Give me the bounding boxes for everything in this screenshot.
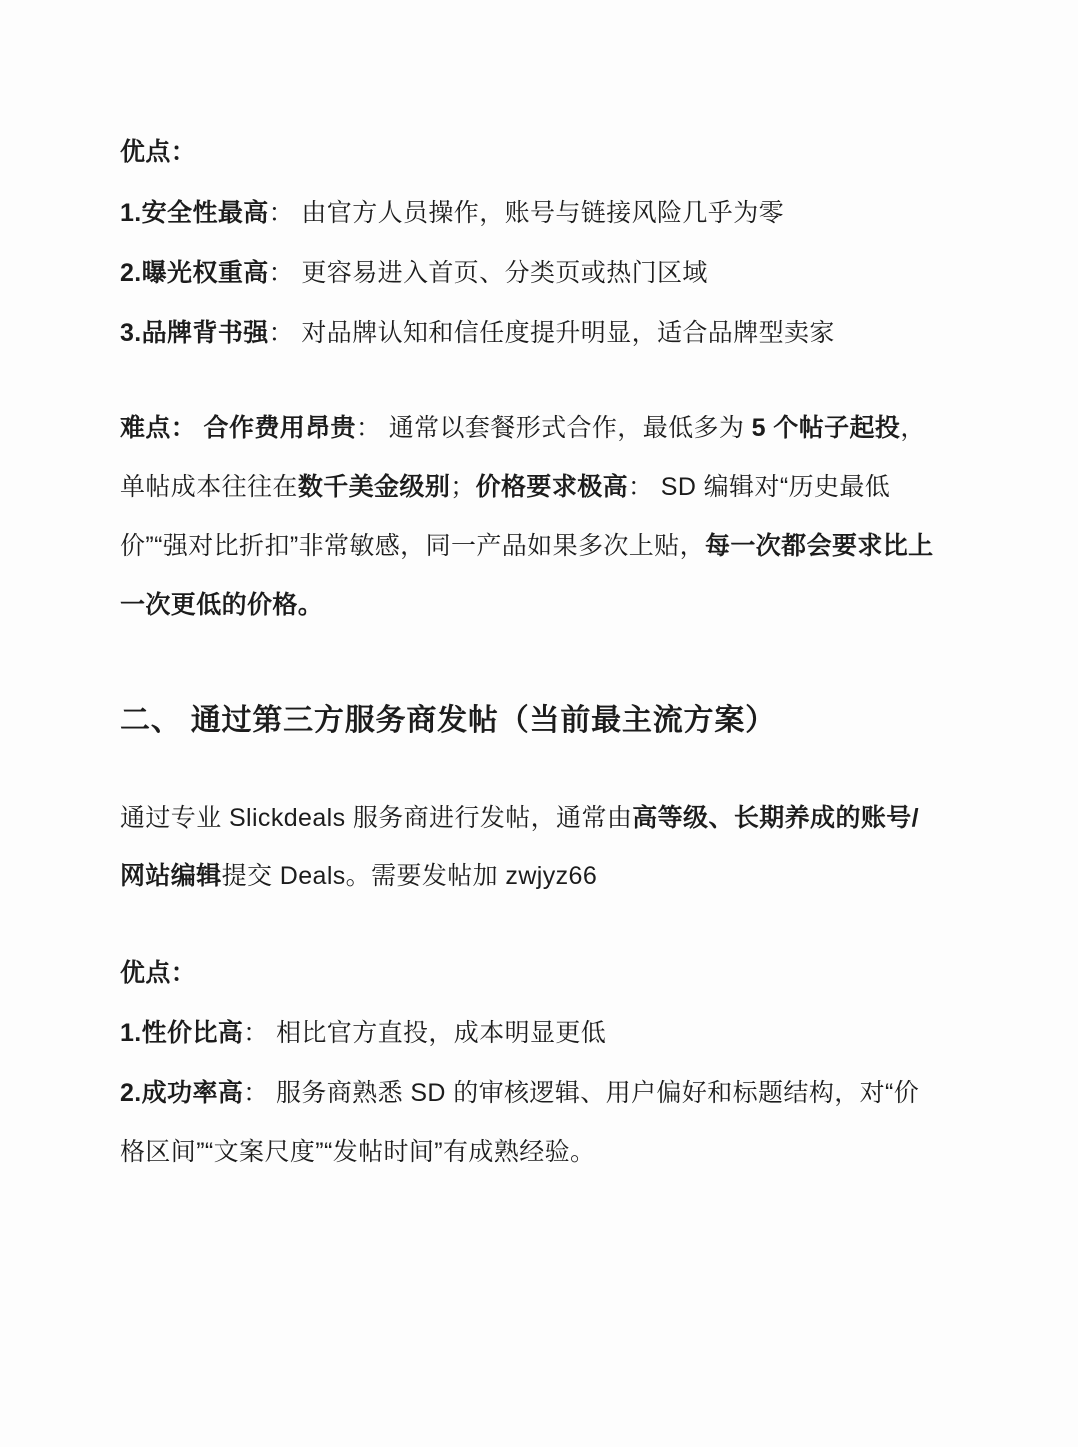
advantage-item-cost: 1.性价比高： 相比官方直投，成本明显更低 [120,1018,606,1048]
text-run: 2.成功率高 [120,1079,243,1107]
difficulty-paragraph-line-3: 价”“强对比折扣”非常敏感，同一产品如果多次上贴，每一次都会要求比上 [120,531,934,561]
text-run: 高等级、长期养成的账号/ [632,804,919,832]
advantages-title-third-party: 优点： [120,958,196,988]
text-run: 价格要求极高 [476,473,628,501]
difficulty-paragraph-line-2: 单帖成本往往在数千美金级别；价格要求极高： SD 编辑对“历史最低 [120,472,890,502]
text-run: ： 通常以套餐形式合作，最低多为 [356,414,752,442]
advantage-item-success-line-2: 格区间”“文案尺度”“发帖时间”有成熟经验。 [120,1137,595,1167]
text-run: 价”“强对比折扣”非常敏感，同一产品如果多次上贴， [120,532,705,560]
text-run: ： SD 编辑对“历史最低 [628,473,890,501]
difficulty-paragraph-line-4: 一次更低的价格。 [120,590,323,620]
section-2-heading: 二、 通过第三方服务商发帖（当前最主流方案） [120,702,776,740]
text-run: 2.曝光权重高 [120,259,269,287]
document-page: 优点： 1.安全性最高： 由官方人员操作，账号与链接风险几乎为零 2.曝光权重高… [0,0,1078,1447]
text-run: 一次更低的价格。 [120,591,323,619]
text-run: 每一次都会要求比上 [705,532,934,560]
text-run: ： 服务商熟悉 SD 的审核逻辑、用户偏好和标题结构，对“价 [243,1079,919,1107]
text-run: 优点： [120,959,196,987]
text-run: ， [900,414,925,442]
text-run: ： 更容易进入首页、分类页或热门区域 [269,259,708,287]
text-run: 单帖成本往往在 [120,473,298,501]
section-2-intro-line-2: 网站编辑提交 Deals。需要发帖加 zwjyz66 [120,861,597,891]
difficulty-paragraph-line-1: 难点： 合作费用昂贵： 通常以套餐形式合作，最低多为 5 个帖子起投， [120,413,926,443]
advantage-item-exposure: 2.曝光权重高： 更容易进入首页、分类页或热门区域 [120,258,708,288]
advantage-item-brand: 3.品牌背书强： 对品牌认知和信任度提升明显，适合品牌型卖家 [120,318,835,348]
text-run: 网站编辑 [120,862,222,890]
advantage-item-safety: 1.安全性最高： 由官方人员操作，账号与链接风险几乎为零 [120,198,784,228]
text-run: 数千美金级别 [298,473,450,501]
text-run: ： 相比官方直投，成本明显更低 [243,1019,606,1047]
section-2-intro-line-1: 通过专业 Slickdeals 服务商进行发帖，通常由高等级、长期养成的账号/ [120,803,919,833]
text-run: 提交 Deals。需要发帖加 zwjyz66 [222,862,598,890]
text-run: ： 对品牌认知和信任度提升明显，适合品牌型卖家 [269,319,835,347]
text-run: 3.品牌背书强 [120,319,269,347]
text-run: ； [450,473,475,501]
text-run: 5 个帖子起投 [752,414,901,442]
text-run: 1.性价比高 [120,1019,243,1047]
text-run: 格区间”“文案尺度”“发帖时间”有成熟经验。 [120,1138,595,1166]
advantages-title-official: 优点： [120,137,196,167]
text-run: 优点： [120,138,196,166]
text-run: 通过专业 Slickdeals 服务商进行发帖，通常由 [120,804,632,832]
text-run: ： 由官方人员操作，账号与链接风险几乎为零 [269,199,784,227]
text-run: 1.安全性最高 [120,199,269,227]
advantage-item-success-line-1: 2.成功率高： 服务商熟悉 SD 的审核逻辑、用户偏好和标题结构，对“价 [120,1078,919,1108]
text-run: 二、 通过第三方服务商发帖（当前最主流方案） [120,704,776,737]
text-run: 难点： 合作费用昂贵 [120,414,356,442]
